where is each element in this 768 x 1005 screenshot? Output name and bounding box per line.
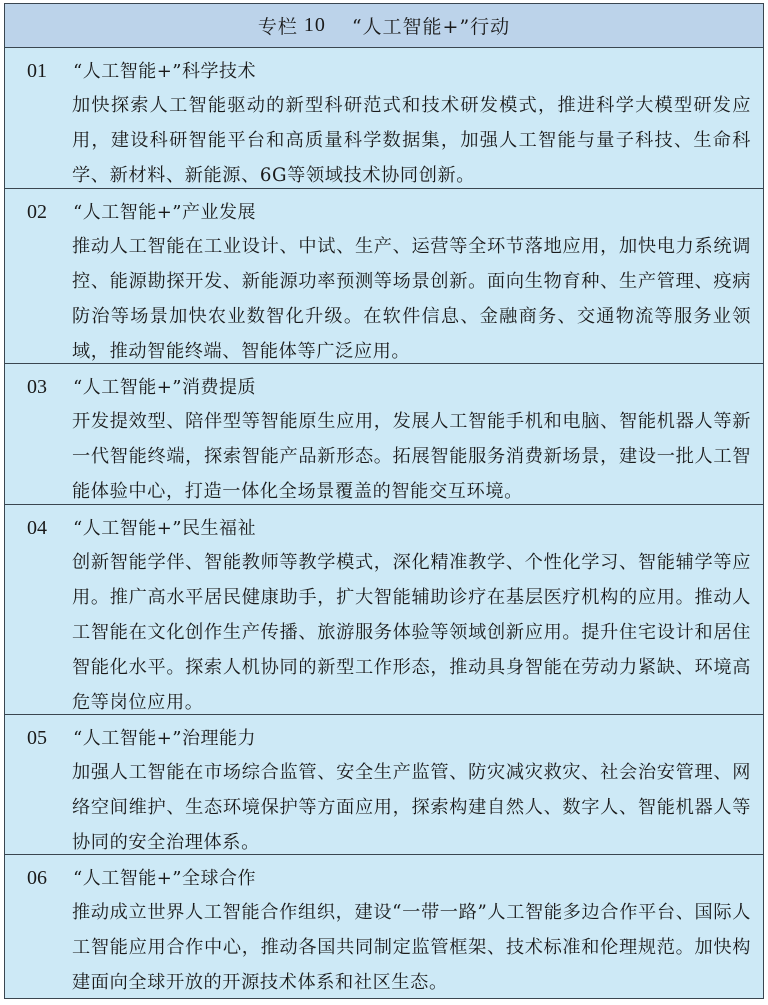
column-title: “人工智能+”行动 bbox=[352, 12, 510, 39]
section-body: 推动成立世界人工智能合作组织，建设“一带一路”人工智能多边合作平台、国际人工智能… bbox=[72, 895, 751, 1000]
section-number: 04 bbox=[5, 511, 73, 545]
section-number: 03 bbox=[5, 370, 73, 404]
section-governance-capacity: 05 “人工智能+”治理能力 加强人工智能在市场综合监管、安全生产监管、防灾减灾… bbox=[5, 715, 763, 855]
section-title: “人工智能+”消费提质 bbox=[73, 371, 256, 405]
section-consumption-upgrade: 03 “人工智能+”消费提质 开发提效型、陪伴型等智能原生应用，发展人工智能手机… bbox=[5, 364, 763, 505]
section-number: 02 bbox=[5, 195, 73, 229]
column-number: 10 bbox=[304, 14, 326, 37]
section-title: “人工智能+”科学技术 bbox=[73, 55, 256, 89]
section-title: “人工智能+”治理能力 bbox=[73, 722, 256, 756]
section-title: “人工智能+”产业发展 bbox=[73, 196, 256, 230]
column-header: 专栏 10 “人工智能+”行动 bbox=[5, 4, 763, 48]
section-industry-development: 02 “人工智能+”产业发展 推动人工智能在工业设计、中试、生产、运营等全环节落… bbox=[5, 189, 763, 364]
section-body: 加强人工智能在市场综合监管、安全生产监管、防灾减灾救灾、社会治安管理、网络空间维… bbox=[72, 755, 751, 860]
section-body: 推动人工智能在工业设计、中试、生产、运营等全环节落地应用，加快电力系统调控、能源… bbox=[72, 229, 751, 369]
section-body: 开发提效型、陪伴型等智能原生应用，发展人工智能手机和电脑、智能机器人等新一代智能… bbox=[72, 404, 751, 509]
section-public-welfare: 04 “人工智能+”民生福祉 创新智能学伴、智能教师等教学模式，深化精准教学、个… bbox=[5, 505, 763, 715]
section-body: 创新智能学伴、智能教师等教学模式，深化精准教学、个性化学习、智能辅学等应用。推广… bbox=[72, 545, 751, 720]
section-title: “人工智能+”全球合作 bbox=[73, 862, 256, 896]
section-number: 05 bbox=[5, 721, 73, 755]
section-number: 06 bbox=[5, 861, 73, 895]
section-body: 加快探索人工智能驱动的新型科研范式和技术研发模式，推进科学大模型研发应用，建设科… bbox=[72, 88, 751, 193]
section-science-technology: 01 “人工智能+”科学技术 加快探索人工智能驱动的新型科研范式和技术研发模式，… bbox=[5, 48, 763, 189]
column-prefix: 专栏 bbox=[258, 12, 298, 39]
section-title: “人工智能+”民生福祉 bbox=[73, 512, 256, 546]
section-number: 01 bbox=[5, 54, 73, 88]
section-global-cooperation: 06 “人工智能+”全球合作 推动成立世界人工智能合作组织，建设“一带一路”人工… bbox=[5, 855, 763, 998]
column-box: 专栏 10 “人工智能+”行动 01 “人工智能+”科学技术 加快探索人工智能驱… bbox=[4, 3, 764, 999]
